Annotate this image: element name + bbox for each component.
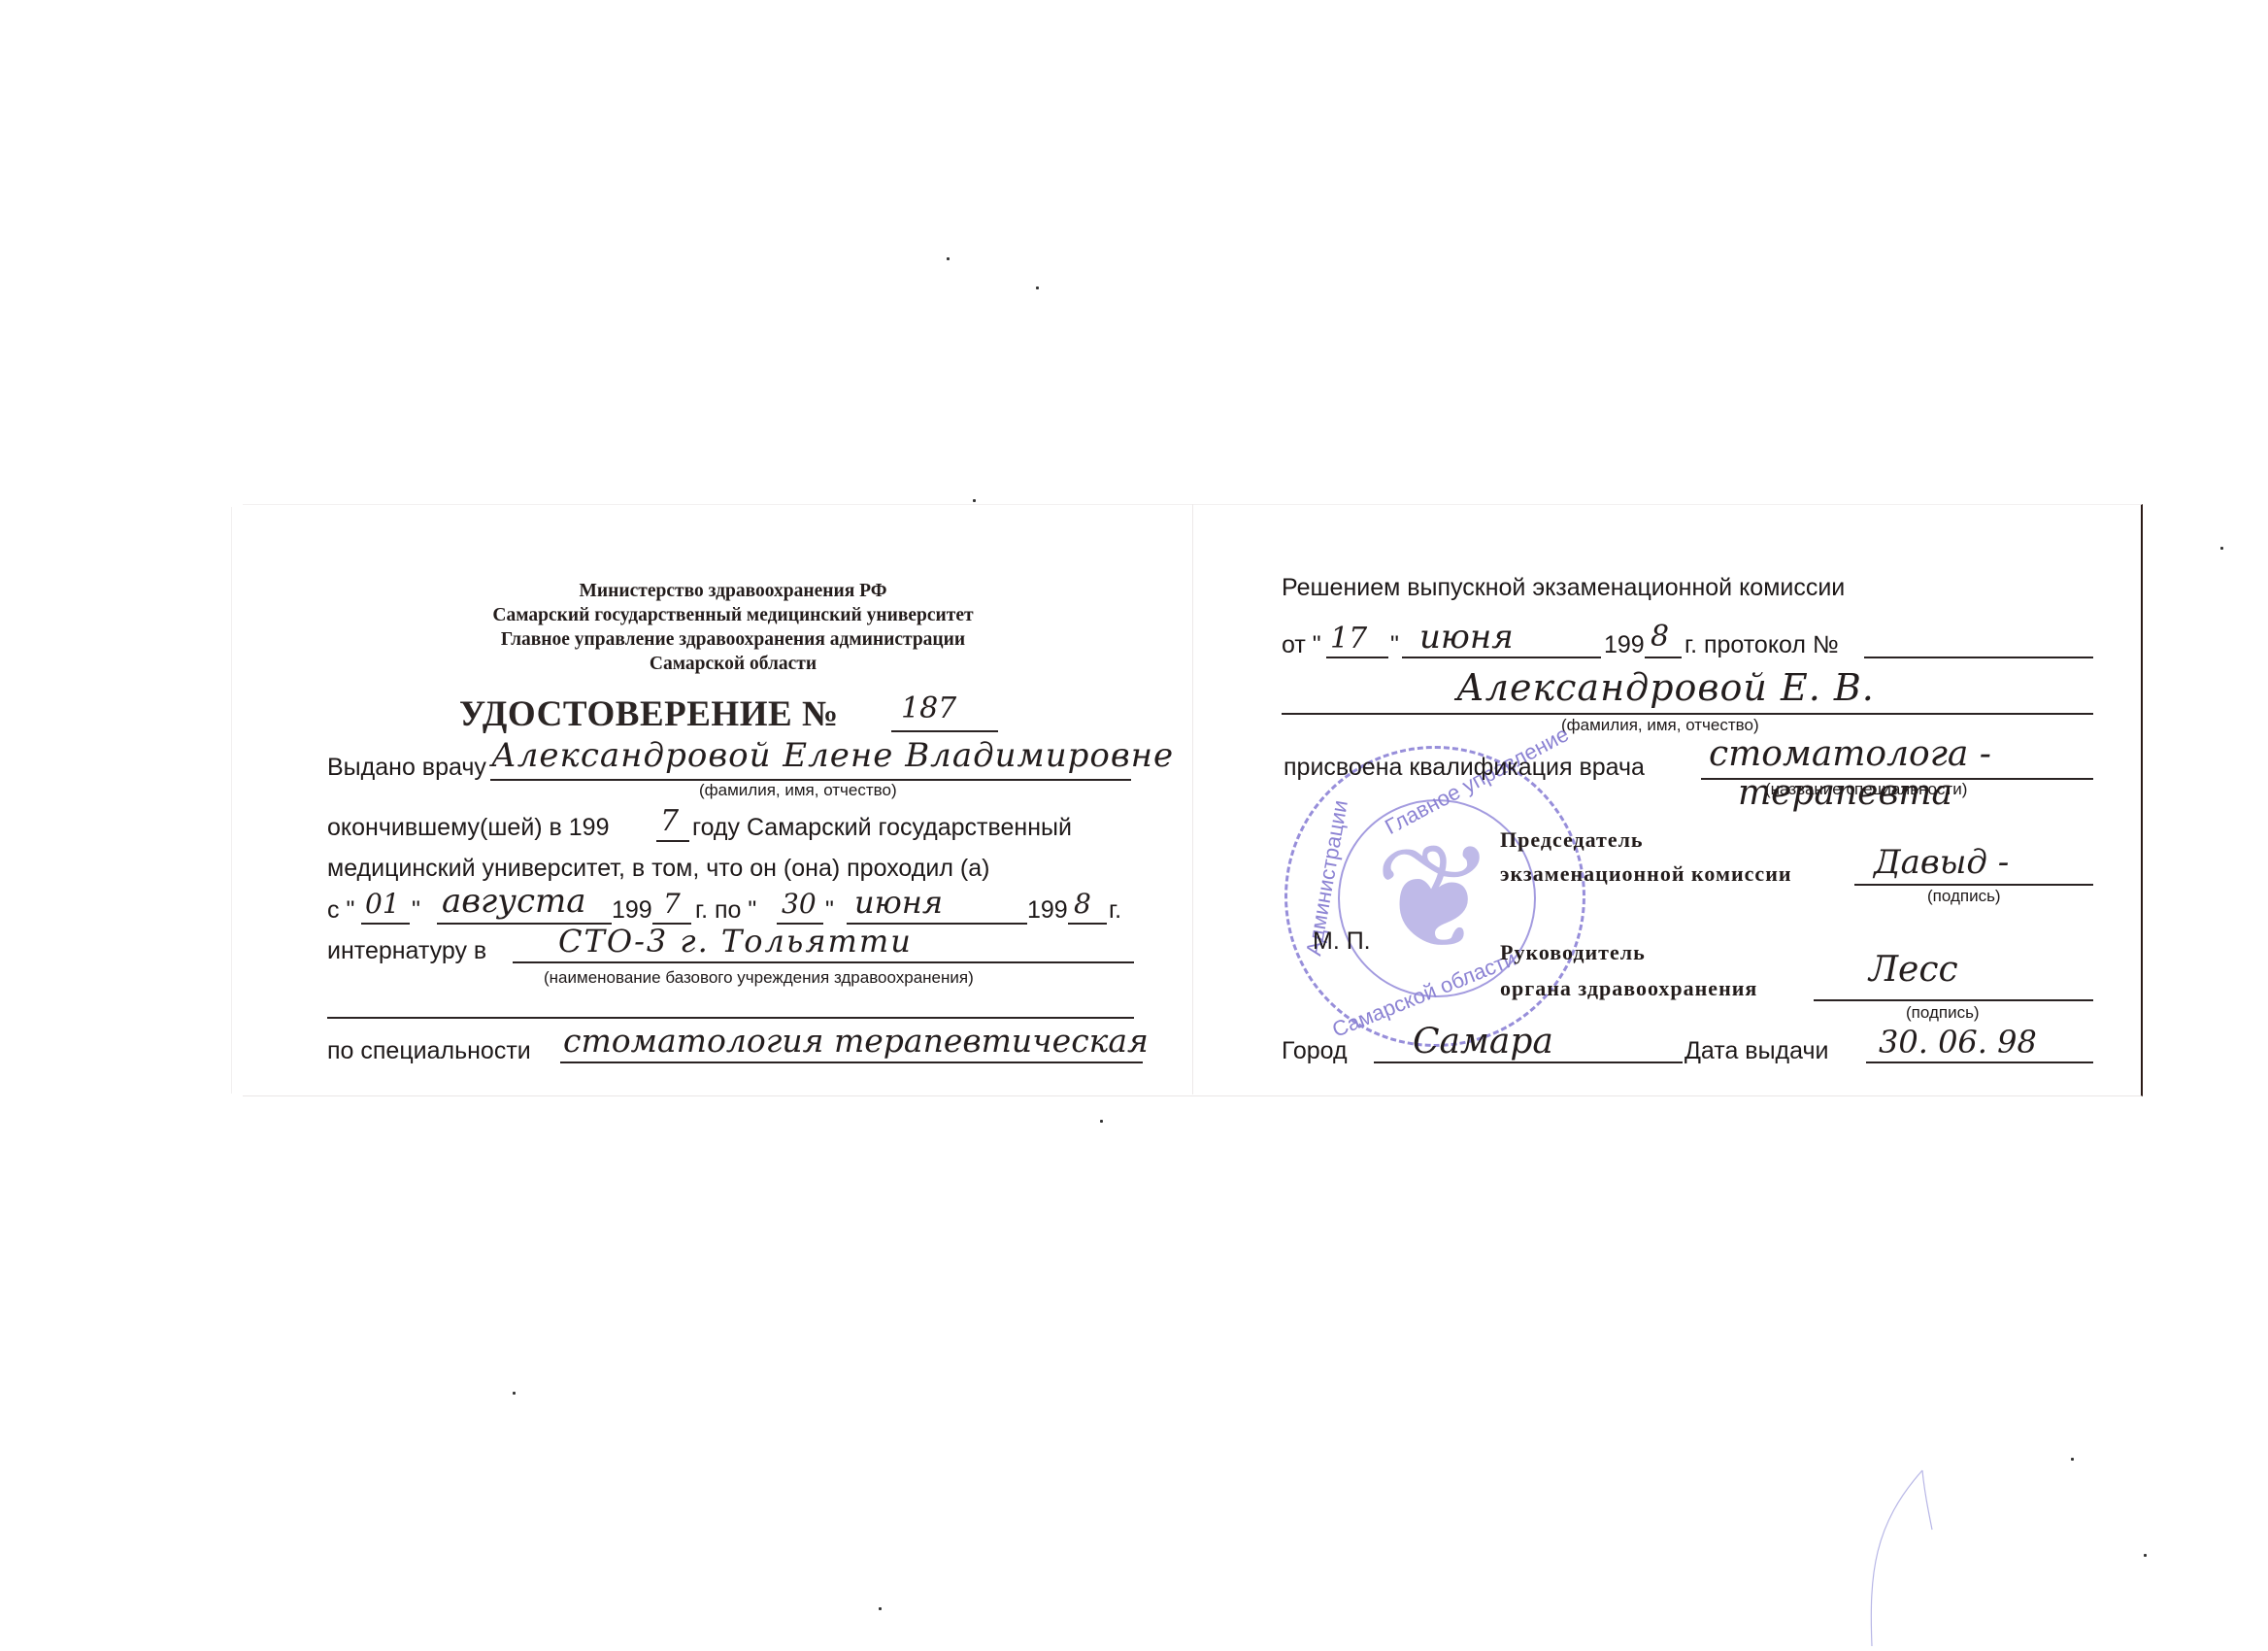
internship-underline [513,961,1134,963]
institution-caption: (наименование базового учреждения здраво… [544,968,974,988]
health-department-line: Главное управление здравоохранения админ… [461,627,1005,652]
internship-label: интернатуру в [327,937,486,965]
scan-speck [2144,1554,2147,1557]
city-label: Город [1282,1037,1348,1065]
city-value: Самара [1413,1022,1553,1061]
fio-caption: (фамилия, имя, отчество) [699,781,897,800]
issue-date-value: 30. 06. 98 [1879,1024,2037,1061]
city-underline [1374,1061,1683,1063]
decision-name: Александровой Е. В. [1456,666,1875,709]
from-day-underline [361,923,410,925]
chairman-label-1: Председатель [1500,827,1644,853]
scan-speck [2220,547,2223,550]
scan-speck [879,1607,882,1610]
to-label: г. по " [695,896,756,925]
certificate-title: УДОСТОВЕРЕНИЕ № [459,693,839,735]
decision-text: Решением выпускной экзаменационной комис… [1282,574,1845,602]
university-line: Самарский государственный медицинский ун… [461,603,1005,627]
number-underline [891,730,998,732]
from-day: 01 [365,888,400,920]
from-prefix: с " [327,896,354,925]
graduated-prefix: окончившему(шей) в 199 [327,814,610,842]
protocol-underline[interactable] [1864,657,2093,658]
to-year-underline [1068,923,1107,925]
specialty-underline [560,1061,1143,1063]
specialty-value: стоматология терапевтическая [563,1022,1149,1060]
scan-speck [2071,1458,2074,1461]
faint-pen-mark [1864,1457,1942,1651]
mp-label: М. П. [1313,927,1371,956]
decision-year-underline [1645,657,1682,658]
date-prefix: от " [1282,631,1321,659]
from-month: августа [442,882,586,921]
head-label-2: органа здравоохранения [1500,976,1757,1001]
issue-date-label: Дата выдачи [1684,1037,1829,1065]
from-quote: " [412,896,420,925]
to-day: 30 [782,888,817,920]
head-label-1: Руководитель [1500,940,1646,965]
head-signature: Лесс [1869,950,1958,990]
from-year: 7 [663,888,681,920]
university-text: медицинский университет, в том, что он (… [327,855,989,883]
decision-day-underline [1326,657,1388,658]
graduated-year: 7 [660,804,679,838]
head-signature-caption: (подпись) [1906,1003,1980,1023]
official-stamp: ❦ Главное управление Администрации Самар… [1284,746,1585,1047]
institution-extra-underline [327,1017,1134,1019]
ministry-line: Министерство здравоохранения РФ [461,579,1005,603]
graduated-year-underline [656,840,689,842]
scan-speck [947,257,950,260]
to-month: июня [854,884,943,921]
region-line: Самарской области [461,652,1005,676]
decision-year-prefix: 199 [1604,631,1645,659]
to-year: 8 [1074,888,1091,920]
scan-speck [1100,1120,1103,1123]
date-quote: " [1390,631,1399,659]
card-left-edge [231,507,232,1094]
certificate-number: 187 [901,691,956,725]
internship-value: СТО-3 г. Тольятти [558,923,913,960]
decision-fio-caption: (фамилия, имя, отчество) [1561,716,1759,735]
chairman-signature-line [1854,884,2093,886]
qualification-value-1: стоматолога - [1709,734,1991,774]
decision-month: июня [1419,618,1514,657]
decision-month-underline [1402,657,1601,658]
protocol-label: г. протокол № [1684,631,1839,659]
issued-label: Выдано врачу [327,754,486,782]
to-quote: " [825,896,834,925]
decision-name-underline [1282,713,2093,715]
decision-year: 8 [1651,620,1669,654]
qualification-value-2: терапевта [1738,773,1952,813]
chairman-signature-caption: (подпись) [1927,887,2001,906]
head-signature-line [1814,999,2093,1001]
scan-speck [1036,286,1039,289]
specialty-label: по специальности [327,1037,531,1065]
issue-date-underline [1866,1061,2093,1063]
to-year-prefix: 199 [1027,896,1068,925]
scan-speck [973,499,976,502]
scan-speck [513,1392,516,1395]
to-year-suffix: г. [1109,896,1121,925]
graduated-suffix: году Самарский государственный [692,814,1072,842]
from-year-prefix: 199 [612,896,652,925]
decision-day: 17 [1330,622,1367,656]
qualification-label: присвоена квалификация врача [1284,754,1645,782]
chairman-label-2: экзаменационной комиссии [1500,861,1792,887]
issued-value: Александровой Елене Владимировне [491,736,1174,775]
chairman-signature: Давыд - [1874,843,2009,882]
card-fold [1192,504,1193,1095]
